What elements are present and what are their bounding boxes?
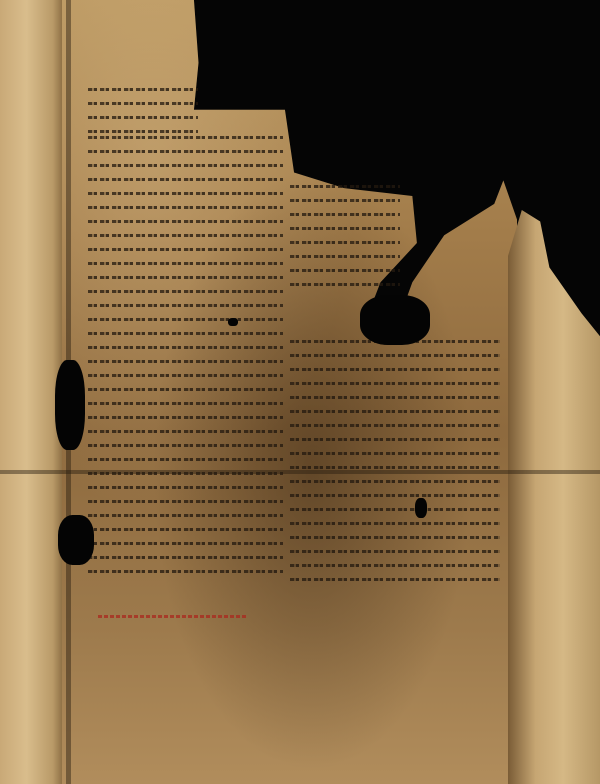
red-rubric-line [98, 615, 248, 618]
parchment-hole [228, 318, 238, 326]
right-binding-strip [508, 210, 600, 784]
parchment-tear [360, 295, 430, 345]
text-column-right [290, 340, 500, 592]
text-column-left [88, 136, 283, 584]
horizontal-fold [0, 470, 600, 474]
parchment-hole [58, 515, 94, 565]
text-column-right-upper [290, 185, 400, 297]
parchment-hole [55, 360, 85, 450]
parchment-hole [415, 498, 427, 518]
manuscript-photo [0, 0, 600, 784]
